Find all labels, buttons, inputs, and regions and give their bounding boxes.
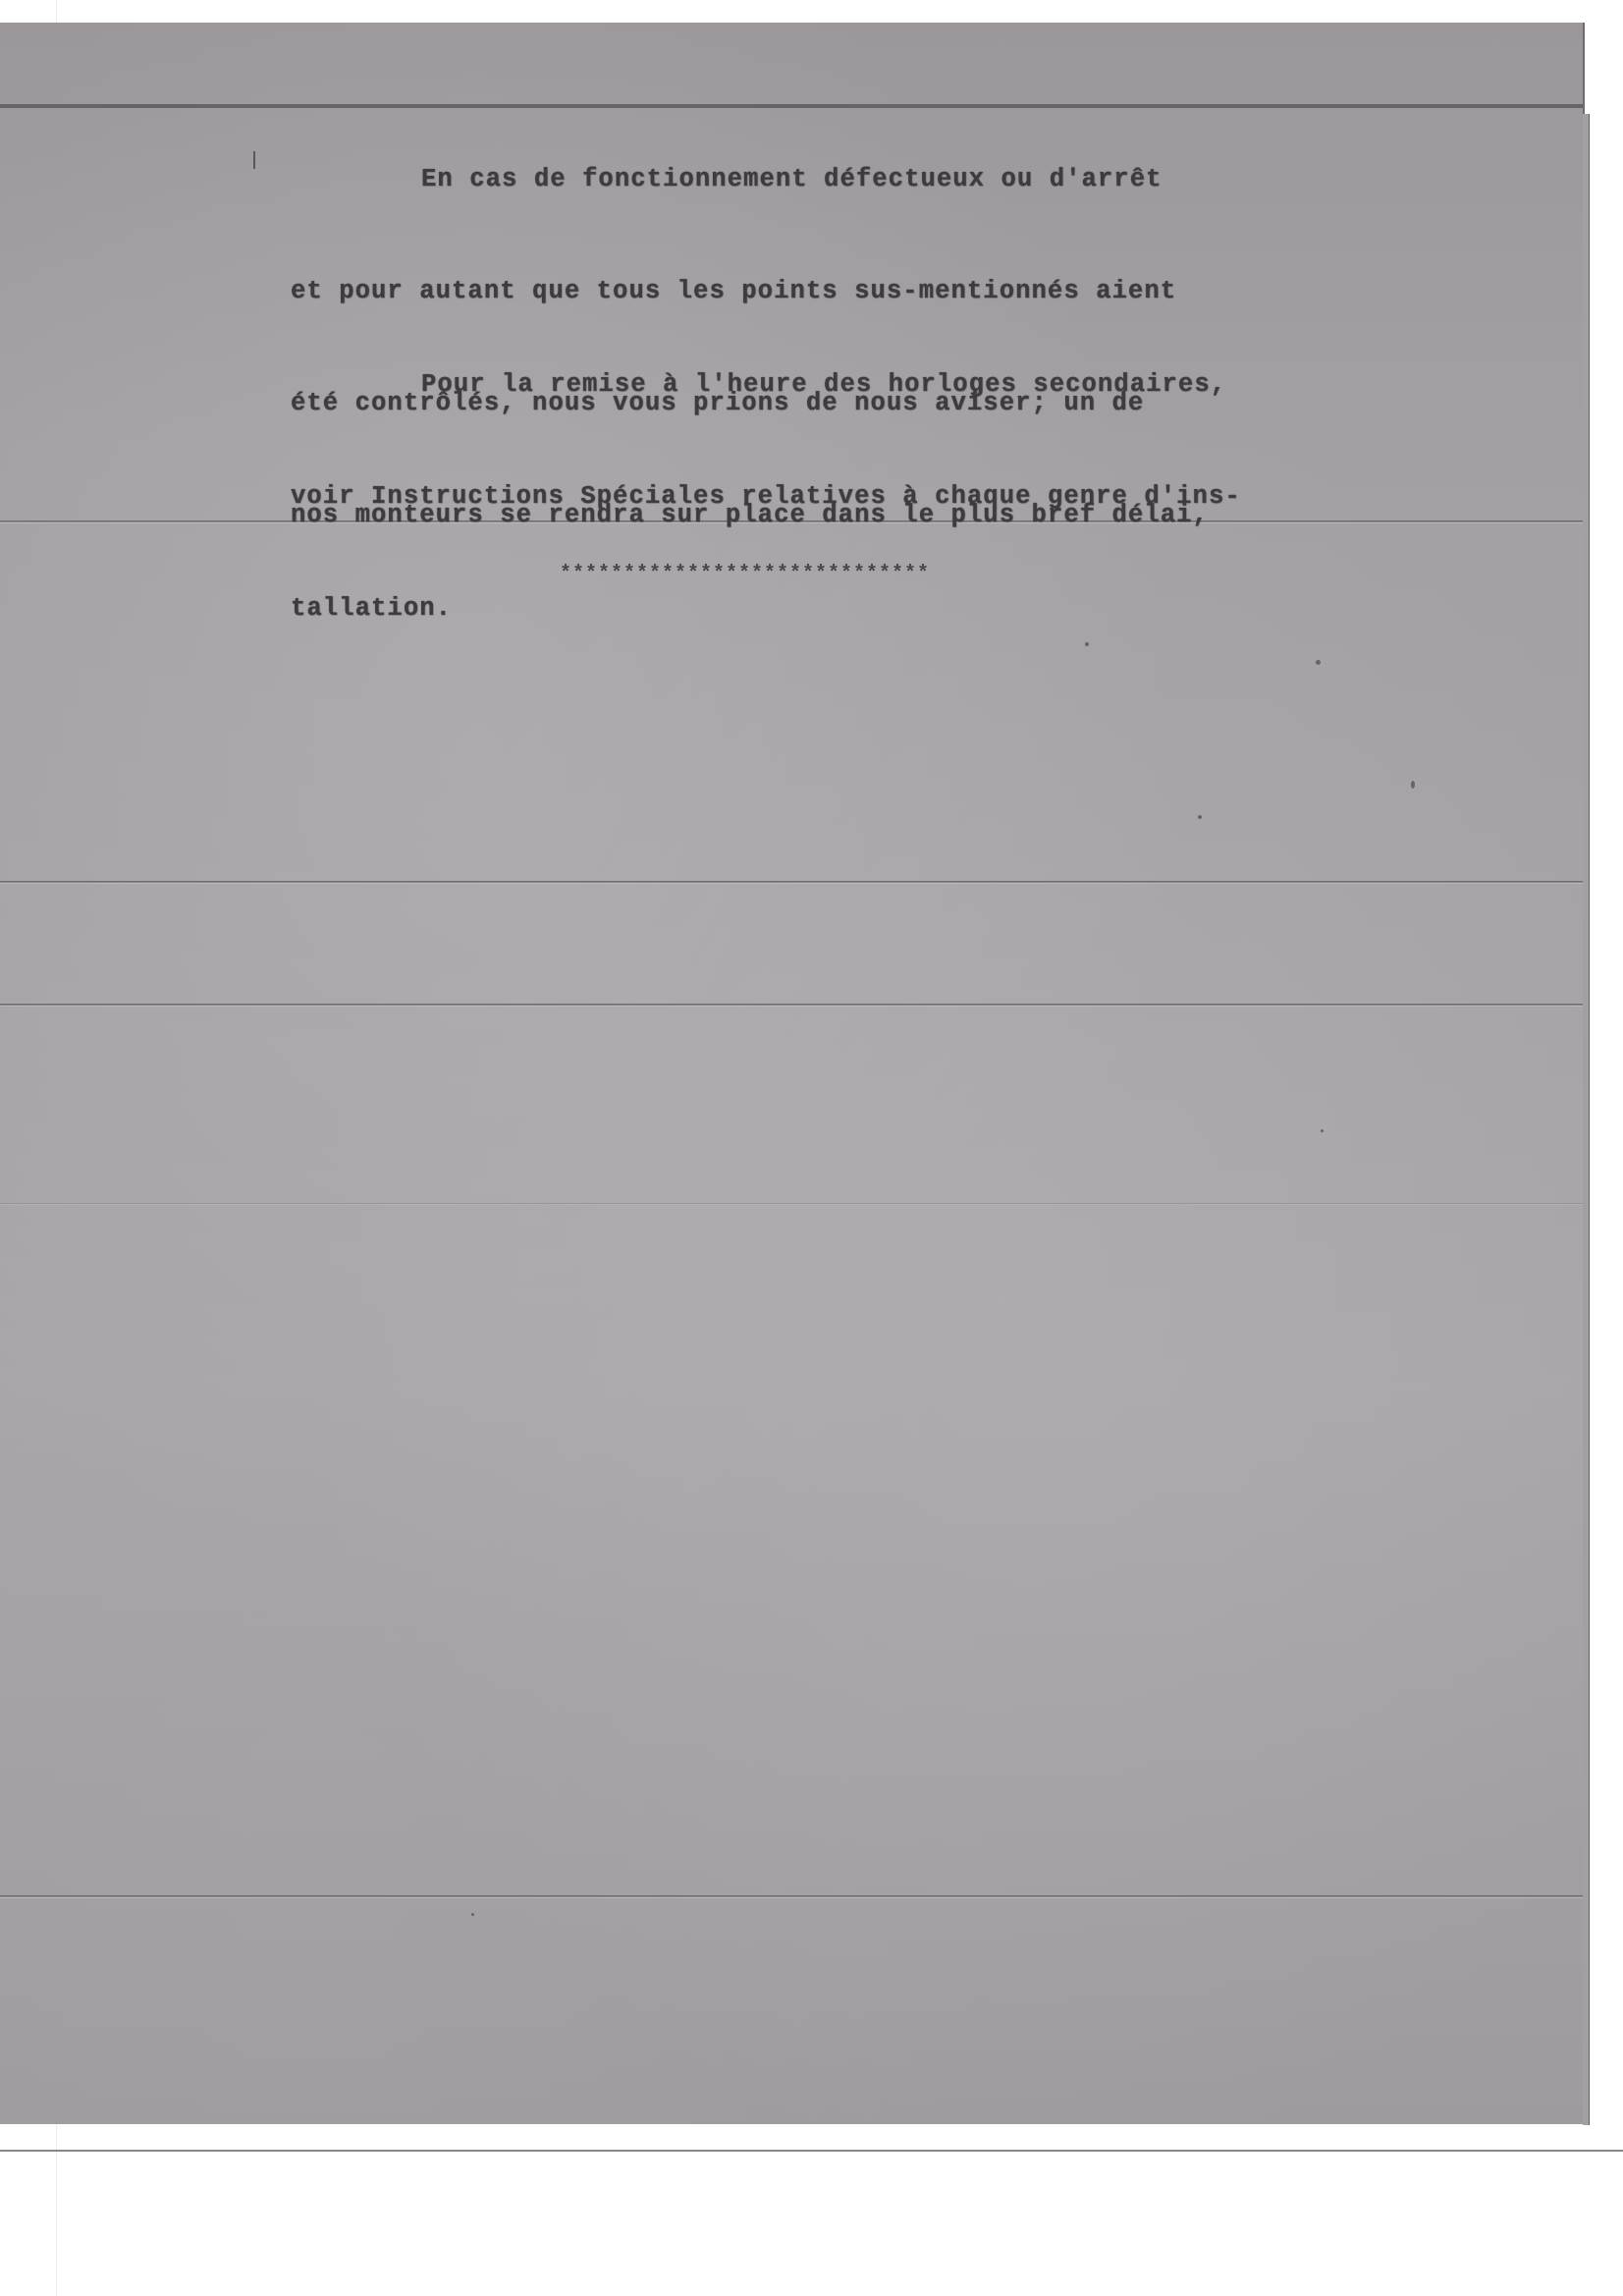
paper-speck <box>1411 781 1415 789</box>
text-line: tallation. <box>291 590 1241 628</box>
text-line: En cas de fonctionnement défectueux ou d… <box>291 161 1209 198</box>
margin-mark <box>253 151 255 169</box>
paper-speck <box>1316 660 1321 665</box>
fold-crease <box>0 1004 1583 1007</box>
paper-speck <box>1198 815 1202 819</box>
fold-crease <box>0 1895 1583 1898</box>
fold-crease <box>0 881 1583 884</box>
fold-crease-faint <box>0 1203 1583 1205</box>
paper-speck <box>1085 642 1089 646</box>
asterisk-separator: ***************************** <box>560 563 930 585</box>
text-line: Pour la remise à l'heure des horloges se… <box>291 366 1241 404</box>
paper-right-edge <box>1583 114 1590 2125</box>
text-line: voir Instructions Spéciales relatives à … <box>291 478 1241 516</box>
scan-bottom-edge <box>0 2150 1623 2152</box>
paper-speck <box>1321 1129 1324 1132</box>
paper-speck <box>471 1913 474 1916</box>
paragraph-clock-reset: Pour la remise à l'heure des horloges se… <box>291 292 1241 665</box>
